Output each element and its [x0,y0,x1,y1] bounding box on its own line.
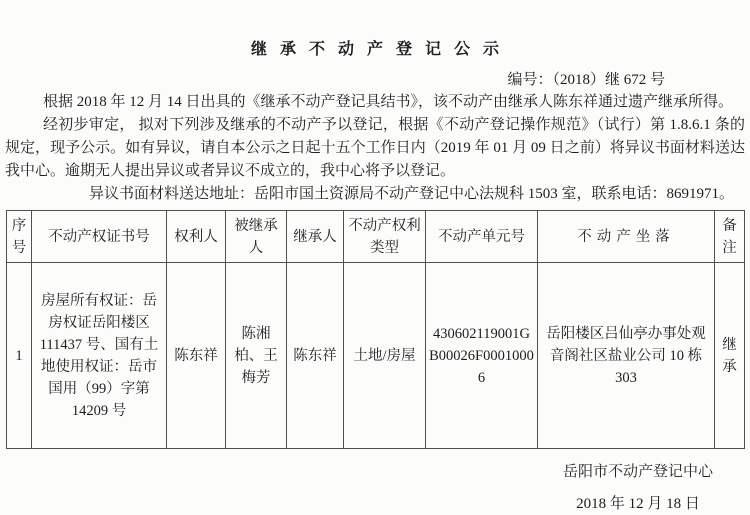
registration-table: 序号 不动产权证书号 权利人 被继承人 继承人 不动产权利类型 不动产单元号 不… [6,210,745,449]
col-header-seq: 序号 [7,211,32,263]
cell-right-holder: 陈东祥 [167,263,226,449]
col-header-unit-no: 不动产单元号 [426,211,538,263]
table-row: 1 房屋所有权证：岳房权证岳阳楼区 111437 号、国有土地使用权证：岳市国用… [7,263,745,449]
issuing-organization: 岳阳市不动产登记中心 [563,460,713,481]
col-header-cert-no: 不动产权证书号 [32,211,167,263]
document-number: 编号：（2018）继 672 号 [5,68,745,89]
page-title: 继承不动产登记公示 [5,36,745,59]
cell-location: 岳阳楼区吕仙亭办事处观音阁社区盐业公司 10 栋 303 [538,263,715,449]
signature-block: 岳阳市不动产登记中心 2018 年 12 月 18 日 [563,460,713,513]
col-header-heir: 继承人 [287,211,344,263]
cell-right-type: 土地/房屋 [344,263,426,449]
cell-seq: 1 [7,263,32,449]
cell-heir: 陈东祥 [287,263,344,449]
cell-cert-no: 房屋所有权证：岳房权证岳阳楼区 111437 号、国有土地使用权证：岳市国用（9… [32,263,167,449]
issue-date: 2018 年 12 月 18 日 [563,492,713,513]
paragraph-announcement: 经初步审定， 拟对下列涉及继承的不动产予以登记，根据《不动产登记操作规范》（试行… [5,114,745,183]
col-header-location: 不动产坐落 [538,211,715,263]
cell-decedent: 陈湘柏、王梅芳 [226,263,287,449]
cell-unit-no: 430602119001GB00026F00010006 [426,263,538,449]
table-header-row: 序号 不动产权证书号 权利人 被继承人 继承人 不动产权利类型 不动产单元号 不… [7,211,745,263]
cell-remark: 继承 [715,263,745,449]
paragraph-contact: 异议书面材料送达地址：岳阳市国土资源局不动产登记中心法规科 1503 室，联系电… [5,183,745,206]
col-header-right-type: 不动产权利类型 [344,211,426,263]
col-header-remark: 备注 [715,211,745,263]
col-header-right-holder: 权利人 [167,211,226,263]
paragraph-basis: 根据 2018 年 12 月 14 日出具的《继承不动产登记具结书》，该不动产由… [5,91,745,114]
col-header-decedent: 被继承人 [226,211,287,263]
scanned-document-page: 继承不动产登记公示 编号：（2018）继 672 号 根据 2018 年 12 … [0,0,750,513]
